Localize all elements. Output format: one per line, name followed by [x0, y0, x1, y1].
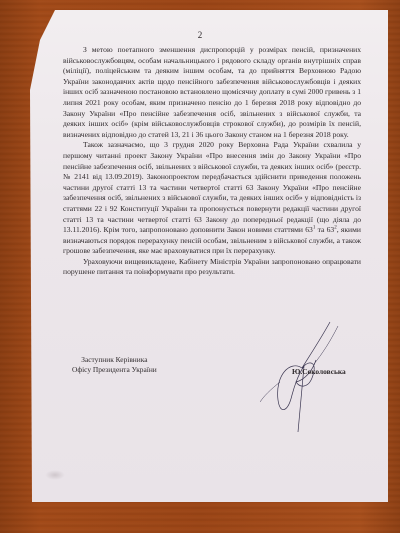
paragraph-3: Ураховуючи вищевикладене, Кабінету Мініс… [63, 257, 361, 278]
handwritten-signature-icon [260, 320, 340, 440]
paper-crease [45, 470, 65, 480]
letter-body: З метою поетапного зменшення диспропорці… [63, 45, 361, 278]
page-number: 2 [0, 30, 400, 40]
signatory-name: Ю.Соколовська [292, 367, 346, 376]
paragraph-2: Також зазначаємо, що 3 грудня 2020 року … [63, 140, 361, 257]
signatory-title-line1: Заступник Керівника [72, 355, 157, 365]
paragraph-1: З метою поетапного зменшення диспропорці… [63, 45, 361, 140]
paragraph-2-mid: та 63 [315, 225, 334, 234]
signatory-title: Заступник Керівника Офісу Президента Укр… [72, 355, 157, 375]
paragraph-2-text: Також зазначаємо, що 3 грудня 2020 року … [63, 140, 361, 234]
signatory-title-line2: Офісу Президента України [72, 365, 157, 375]
